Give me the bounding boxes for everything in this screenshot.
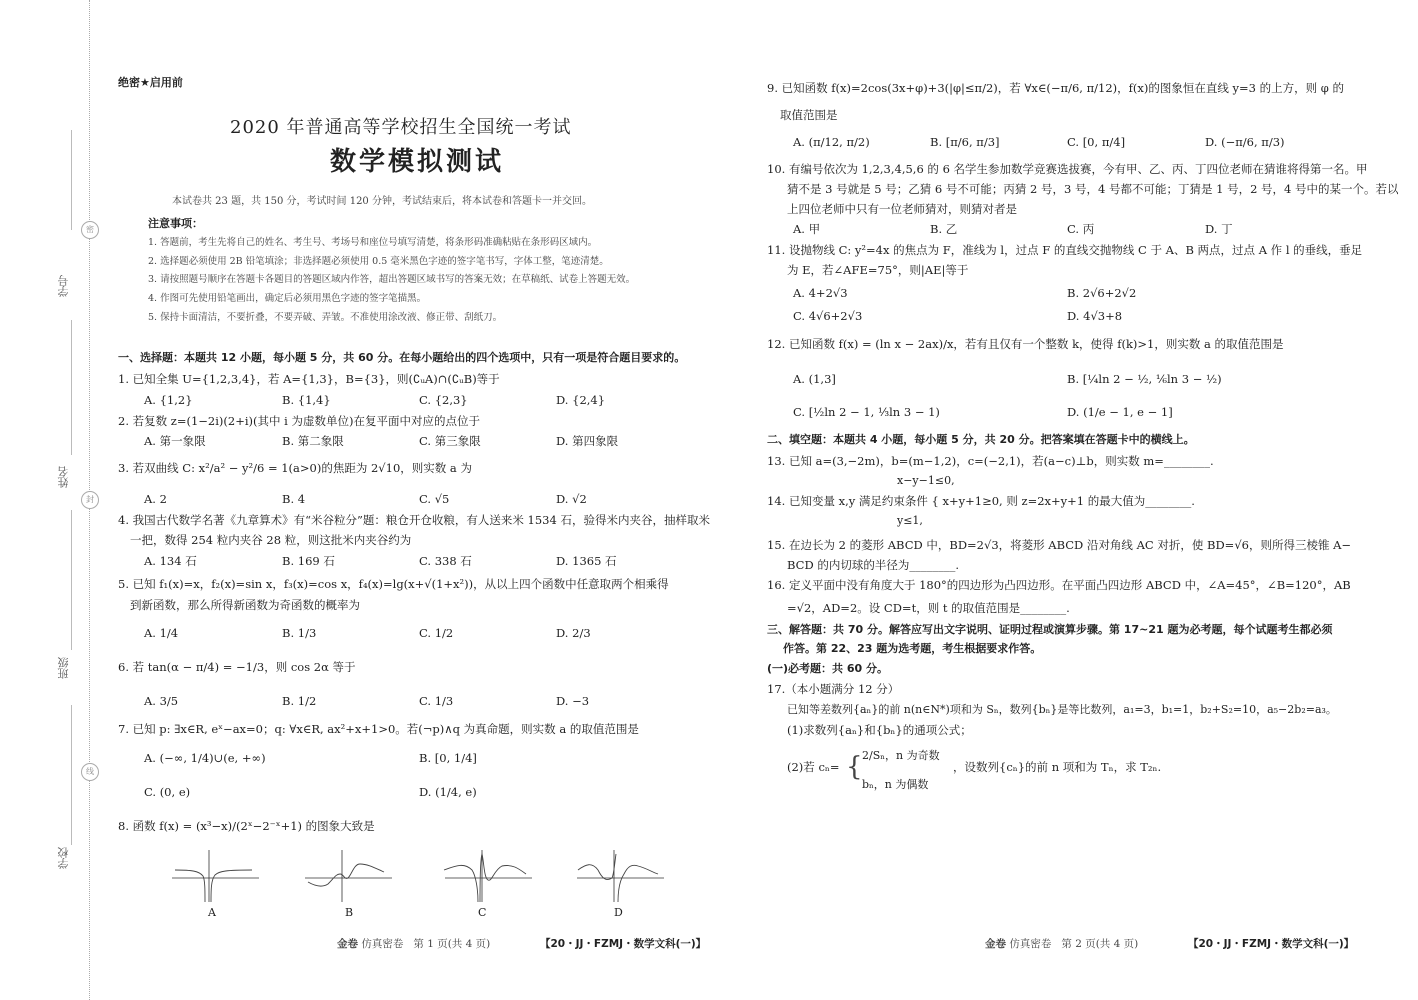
margin-line [71, 510, 72, 650]
question-17-part-2-prefix: (2)若 cₙ= [787, 759, 840, 775]
q11-option-b: B. 2√6+2√2 [1067, 285, 1136, 301]
q6-option-b: B. 1/2 [282, 693, 316, 709]
question-6-stem: 6. 若 tan(α − π/4) = −1/3，则 cos 2α 等于 [118, 659, 356, 675]
footer-page: 第 2 页(共 4 页) [1061, 938, 1138, 950]
question-17-case-even: bₙ，n 为偶数 [862, 777, 928, 793]
question-11-stem-cont: 为 E，若∠AFE=75°，则|AE|等于 [787, 262, 968, 278]
graph-b-label: B [345, 906, 353, 919]
question-9-stem-cont: 取值范围是 [780, 107, 838, 123]
question-17-case-odd: 2/Sₙ，n 为奇数 [862, 748, 940, 764]
question-14-constraint-3: y≤1, [897, 513, 923, 529]
q3-option-d: D. √2 [556, 491, 587, 507]
question-5-stem-cont: 到新函数，那么所得新函数为奇函数的概率为 [130, 597, 360, 613]
note-item: 2. 选择题必须使用 2B 铅笔填涂；非选择题必须使用 0.5 毫米黑色字迹的签… [148, 255, 609, 269]
question-16: 16. 定义平面中没有角度大于 180°的四边形为凸四边形。在平面凸四边形 AB… [767, 577, 1351, 593]
exam-intro: 本试卷共 23 题，共 150 分，考试时间 120 分钟，考试结束后，将本试卷… [172, 195, 592, 209]
footer-page: 第 1 页(共 4 页) [413, 938, 490, 950]
footer-series: 仿真密卷 [361, 938, 403, 950]
question-4-stem-cont: 一把，数得 254 粒内夹谷 28 粒，则这批米内夹谷约为 [130, 532, 411, 548]
section-3-header-cont: 作答。第 22、23 题为选考题，考生根据要求作答。 [783, 641, 1041, 657]
question-4-stem: 4. 我国古代数学名著《九章算术》有“米谷粒分”题：粮仓开仓收粮，有人送来米 1… [118, 512, 710, 528]
q9-option-b: B. [π/6, π/3] [930, 134, 1000, 150]
page-1-footer: 金卷 仿真密卷 第 1 页(共 4 页) [337, 936, 490, 951]
q12-option-d: D. (1/e − 1, e − 1] [1067, 404, 1173, 420]
graph-c-label: C [478, 906, 486, 919]
question-11-stem: 11. 设抛物线 C: y²=4x 的焦点为 F，准线为 l，过点 F 的直线交… [767, 242, 1362, 258]
school-label: 学校 [56, 847, 74, 869]
q11-option-a: A. 4+2√3 [793, 285, 848, 301]
q4-option-a: A. 134 石 [144, 553, 197, 569]
question-17-part-2-suffix: ，设数列{cₙ}的前 n 项和为 Tₙ，求 T₂ₙ. [953, 759, 1161, 775]
q5-option-c: C. 1/2 [419, 625, 453, 641]
q2-option-c: C. 第三象限 [419, 433, 481, 449]
q10-option-d: D. 丁 [1205, 221, 1233, 237]
q7-option-c: C. (0, e) [144, 784, 190, 800]
question-10-stem-cont: 上四位老师中只有一位老师猜对，则猜对者是 [787, 201, 1017, 217]
q6-option-d: D. −3 [556, 693, 589, 709]
q5-option-d: D. 2/3 [556, 625, 591, 641]
note-item: 4. 作图可先使用铅笔画出，确定后必须用黑色字迹的签字笔描黑。 [148, 292, 426, 306]
q12-option-c: C. [½ln 2 − 1, ⅓ln 3 − 1) [793, 404, 940, 420]
class-label: 班级 [56, 657, 74, 679]
q1-option-a: A. {1,2} [144, 392, 193, 408]
seal-mark: 线 [81, 763, 99, 781]
q7-option-d: D. (1/4, e) [419, 784, 477, 800]
q4-option-c: C. 338 石 [419, 553, 472, 569]
question-2-stem: 2. 若复数 z=(1−2i)(2+i)(其中 i 为虚数单位)在复平面中对应的… [118, 413, 480, 429]
q9-option-c: C. [0, π/4] [1067, 134, 1125, 150]
q2-option-b: B. 第二象限 [282, 433, 344, 449]
name-label: 姓名 [56, 466, 74, 488]
q10-option-c: C. 丙 [1067, 221, 1094, 237]
q7-option-b: B. [0, 1/4] [419, 750, 477, 766]
q2-option-d: D. 第四象限 [556, 433, 618, 449]
graph-c-plot [440, 850, 540, 910]
q12-option-b: B. [¼ln 2 − ½, ⅙ln 3 − ½) [1067, 371, 1222, 387]
question-16-cont: =√2，AD=2。设 CD=t，则 t 的取值范围是________. [787, 600, 1070, 616]
q5-option-a: A. 1/4 [144, 625, 178, 641]
section-1-header: 一、选择题：本题共 12 小题，每小题 5 分，共 60 分。在每小题给出的四个… [118, 350, 685, 366]
graph-a-label: A [208, 906, 216, 919]
question-12-stem: 12. 已知函数 f(x) = (ln x − 2ax)/x，若有且仅有一个整数… [767, 336, 1284, 352]
graph-d-label: D [614, 906, 623, 919]
graph-b-plot [300, 850, 400, 910]
page-1-code: 【20・JJ・FZMJ・数学文科(一)】 [540, 936, 706, 951]
question-14: 14. 已知变量 x,y 满足约束条件 { x+y+1≥0, 则 z=2x+y+… [767, 493, 1195, 509]
graph-a-plot [167, 850, 267, 910]
q11-option-c: C. 4√6+2√3 [793, 308, 862, 324]
question-15-cont: BCD 的内切球的半径为________. [787, 557, 959, 573]
margin-line [71, 320, 72, 455]
margin-line [71, 705, 72, 845]
question-7-stem: 7. 已知 p: ∃x∈R, eˣ−ax=0；q: ∀x∈R, ax²+x+1>… [118, 721, 639, 737]
note-item: 5. 保持卡面清洁，不要折叠，不要弄破、弄皱。不准使用涂改液、修正带、刮纸刀。 [148, 311, 502, 325]
margin-line [71, 130, 72, 230]
notes-title: 注意事项： [148, 215, 203, 231]
question-17-part-1: (1)求数列{aₙ}和{bₙ}的通项公式； [787, 722, 972, 738]
footer-brand: 金卷 [337, 938, 358, 950]
piecewise-brace: { [846, 742, 863, 792]
question-9-stem: 9. 已知函数 f(x)=2cos(3x+φ)+3(|φ|≤π/2)，若 ∀x∈… [767, 80, 1344, 96]
exam-title: 2020 年普通高等学校招生全国统一考试 [230, 113, 572, 139]
graph-d-plot [572, 850, 672, 910]
q1-option-d: D. {2,4} [556, 392, 605, 408]
section-2-header: 二、填空题：本题共 4 小题，每小题 5 分，共 20 分。把答案填在答题卡中的… [767, 432, 1195, 448]
q12-option-a: A. (1,3] [793, 371, 836, 387]
required-section-header: (一)必考题：共 60 分。 [767, 661, 888, 677]
q2-option-a: A. 第一象限 [144, 433, 206, 449]
q10-option-a: A. 甲 [793, 221, 820, 237]
seal-mark: 封 [81, 491, 99, 509]
q1-option-b: B. {1,4} [282, 392, 331, 408]
question-17-title: 17.（本小题满分 12 分） [767, 681, 899, 697]
q4-option-d: D. 1365 石 [556, 553, 617, 569]
question-5-stem: 5. 已知 f₁(x)=x，f₂(x)=sin x，f₃(x)=cos x，f₄… [118, 576, 669, 592]
q7-option-a: A. (−∞, 1/4)∪(e, +∞) [144, 750, 266, 766]
q9-option-a: A. (π/12, π/2) [793, 134, 870, 150]
question-14-constraint-1: x−y−1≤0, [897, 473, 955, 489]
question-10-stem: 10. 有编号依次为 1,2,3,4,5,6 的 6 名学生参加数学竞赛选拔赛，… [767, 161, 1368, 177]
confidential-mark: 绝密★启用前 [118, 74, 183, 90]
question-15: 15. 在边长为 2 的菱形 ABCD 中，BD=2√3，将菱形 ABCD 沿对… [767, 537, 1351, 553]
question-10-stem-cont: 猜不是 3 号就是 5 号；乙猜 6 号不可能；丙猜 2 号，3 号，4 号都不… [787, 181, 1399, 197]
section-3-header: 三、解答题：共 70 分。解答应写出文字说明、证明过程或演算步骤。第 17~21… [767, 622, 1332, 638]
q11-option-d: D. 4√3+8 [1067, 308, 1122, 324]
page-2-footer: 金卷 仿真密卷 第 2 页(共 4 页) [985, 936, 1138, 951]
q6-option-c: C. 1/3 [419, 693, 453, 709]
note-item: 3. 请按照题号顺序在答题卡各题目的答题区域内作答，超出答题区域书写的答案无效；… [148, 273, 635, 287]
footer-series: 仿真密卷 [1009, 938, 1051, 950]
q1-option-c: C. {2,3} [419, 392, 468, 408]
q5-option-b: B. 1/3 [282, 625, 316, 641]
question-8-stem: 8. 函数 f(x) = (x³−x)/(2ˣ−2⁻ˣ+1) 的图象大致是 [118, 818, 375, 834]
question-13: 13. 已知 a=(3,−2m)，b=(m−1,2)，c=(−2,1)，若(a−… [767, 453, 1214, 469]
question-17-body: 已知等差数列{aₙ}的前 n(n∈N*)项和为 Sₙ，数列{bₙ}是等比数列，a… [787, 702, 1337, 718]
note-item: 1. 答题前，考生先将自己的姓名、考生号、考场号和座位号填写清楚，将条形码准确粘… [148, 236, 597, 250]
q4-option-b: B. 169 石 [282, 553, 335, 569]
page-2-code: 【20・JJ・FZMJ・数学文科(一)】 [1188, 936, 1354, 951]
q6-option-a: A. 3/5 [144, 693, 178, 709]
q10-option-b: B. 乙 [930, 221, 957, 237]
q3-option-b: B. 4 [282, 491, 305, 507]
footer-brand: 金卷 [985, 938, 1006, 950]
q9-option-d: D. (−π/6, π/3) [1205, 134, 1285, 150]
question-1-stem: 1. 已知全集 U={1,2,3,4}，若 A={1,3}，B={3}，则(∁ᵤ… [118, 371, 500, 387]
question-3-stem: 3. 若双曲线 C: x²/a² − y²/6 = 1(a>0)的焦距为 2√1… [118, 460, 472, 476]
exam-subtitle: 数学模拟测试 [330, 141, 504, 178]
q3-option-a: A. 2 [144, 491, 167, 507]
q3-option-c: C. √5 [419, 491, 449, 507]
student-id-label: 学号 [56, 275, 74, 297]
seal-mark: 密 [81, 221, 99, 239]
